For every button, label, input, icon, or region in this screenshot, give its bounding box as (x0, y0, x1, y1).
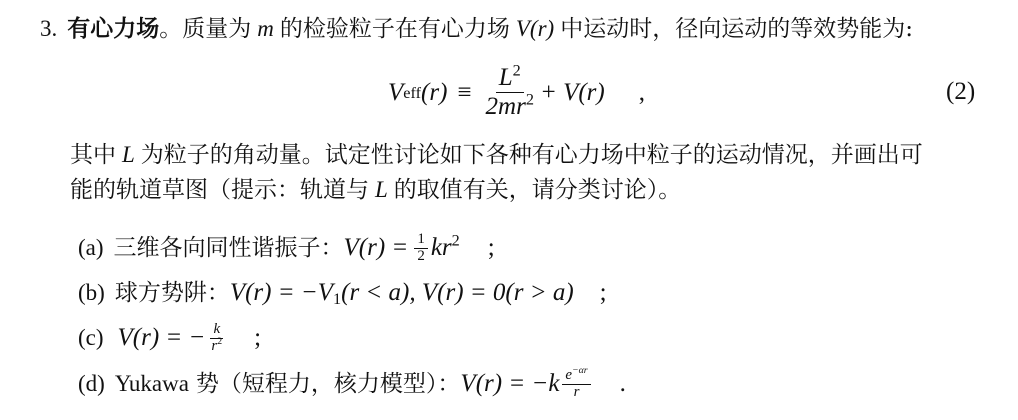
item-end-punct: . (620, 369, 626, 399)
item-label: (a) (78, 233, 104, 263)
eq-fraction: L2 2mr2 (483, 64, 537, 121)
item-description-latin: Yukawa (115, 369, 189, 399)
item-formula-fraction: e−αr r (562, 368, 590, 401)
item-end-punct: ; (600, 278, 607, 308)
intro-text-1: 。质量为 (159, 16, 251, 42)
item-end-punct: ; (488, 233, 495, 263)
var-m: m (257, 16, 274, 41)
item-formula-lhs: V(r) = − (118, 323, 206, 353)
item-description: 势（短程力，核力模型）： (196, 369, 461, 399)
item-formula-lhs: V(r) = (344, 233, 409, 263)
eq-lhs-V: V (388, 79, 403, 107)
eq-plus-term: + V(r) (540, 79, 605, 107)
intro-text-2: 的检验粒子在有心力场 (280, 16, 510, 42)
equation-tag: (2) (946, 78, 975, 106)
var-L: L (122, 142, 135, 167)
problem-intro-line: 3.有心力场。质量为m的检验粒子在有心力场V(r)中运动时，径向运动的等效势能为… (40, 14, 913, 44)
item-label: (d) (78, 369, 105, 399)
item-formula-fraction: k r2 (208, 322, 225, 355)
eq-equiv-sign: ≡ (457, 79, 471, 107)
item-formula-fraction: 1 2 (414, 232, 428, 265)
intro-text-3: 中运动时，径向运动的等效势能为: (560, 16, 913, 42)
eq-frac-denominator: 2mr2 (483, 93, 537, 122)
var-V-of-r: V(r) (516, 16, 554, 41)
eq-lhs-arg: (r) (421, 79, 447, 107)
list-item-a: (a) 三维各向同性谐振子： V(r) = 1 2 kr2 ; (78, 232, 495, 265)
item-formula-rest: kr2 (431, 233, 460, 263)
eq-trailing-comma: , (639, 79, 645, 107)
list-item-c: (c) V(r) = − k r2 ; (78, 322, 261, 355)
item-end-punct: ; (254, 323, 261, 353)
effective-potential-equation: Veff(r) ≡ L2 2mr2 + V(r) , (388, 62, 645, 124)
problem-number: 3. (40, 16, 57, 41)
item-formula: V(r) = −V1(r < a), V(r) = 0(r > a) (230, 278, 574, 308)
item-label: (b) (78, 278, 105, 308)
paragraph-line-2: 能的轨道草图（提示：轨道与L的取值有关，请分类讨论）。 (70, 175, 681, 205)
paragraph-line-1: 其中L为粒子的角动量。试定性讨论如下各种有心力场中粒子的运动情况，并画出可 (70, 140, 923, 170)
item-description: 三维各向同性谐振子： (114, 233, 344, 263)
item-formula-lhs: V(r) = −k (460, 369, 559, 399)
eq-frac-numerator: L2 (496, 64, 524, 93)
problem-title: 有心力场 (67, 15, 159, 42)
var-L: L (375, 177, 388, 202)
list-item-b: (b) 球方势阱： V(r) = −V1(r < a), V(r) = 0(r … (78, 278, 607, 308)
item-label: (c) (78, 323, 104, 353)
list-item-d: (d) Yukawa 势（短程力，核力模型）： V(r) = −k e−αr r… (78, 368, 626, 401)
item-description: 球方势阱： (115, 278, 230, 308)
